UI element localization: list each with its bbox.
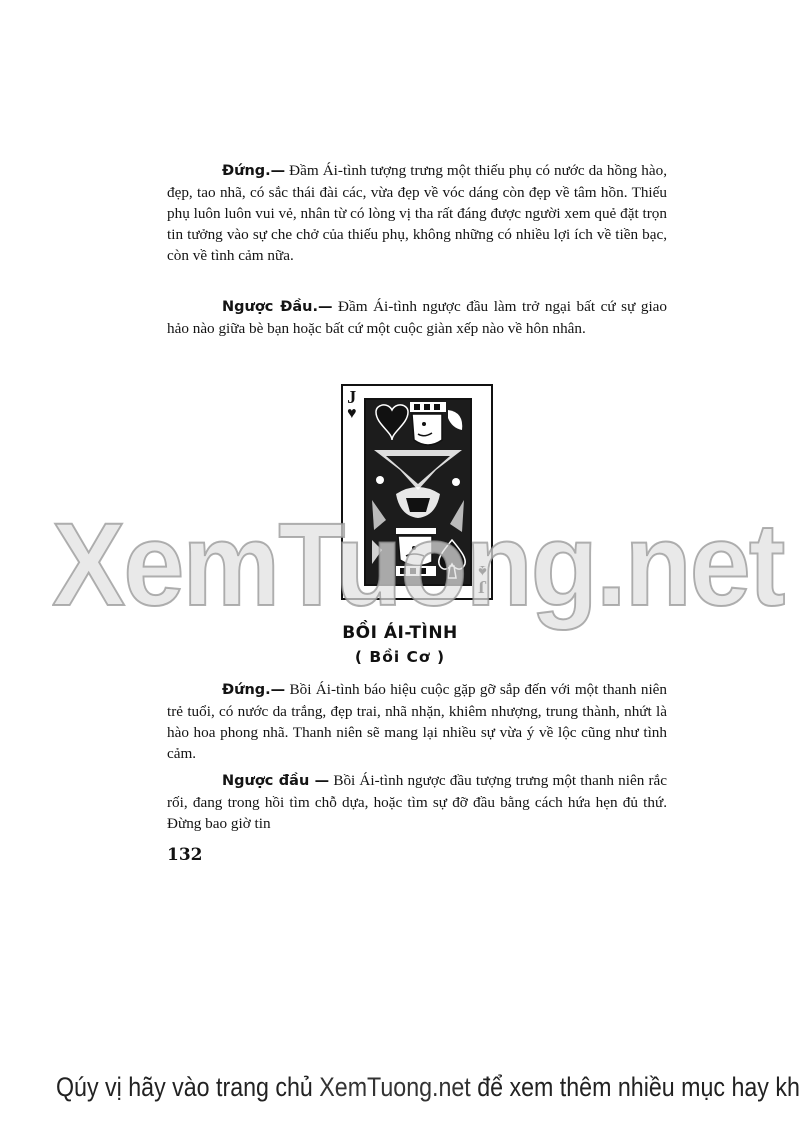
card-rank: J	[478, 577, 487, 597]
section-lead: Đứng.—	[222, 163, 285, 179]
jack-figure-icon	[366, 400, 470, 584]
section-lead: Đứng.—	[222, 682, 285, 698]
upright-meaning-jack: Đứng.— Bồi Ái-tình báo hiệu cuộc gặp gỡ …	[167, 679, 667, 764]
paragraph: Ngược Đầu.— Đầm Ái-tình ngược đầu làm tr…	[167, 296, 667, 339]
book-page: Đứng.— Đầm Ái-tình tượng trưng một thiếu…	[0, 0, 800, 1132]
upright-meaning-queen: Đứng.— Đầm Ái-tình tượng trưng một thiếu…	[167, 160, 667, 266]
card-index-top: J ♥	[347, 388, 357, 422]
card-index-bottom: J ♠	[478, 562, 487, 596]
section-lead: Ngược Đầu.—	[222, 299, 332, 315]
card-illustration	[364, 398, 472, 586]
footer-text-before: Qúy vị hãy vào trang chủ	[56, 1072, 319, 1102]
section-lead: Ngược đầu —	[222, 773, 329, 789]
page-number: 132	[167, 845, 203, 865]
reversed-meaning-queen: Ngược Đầu.— Đầm Ái-tình ngược đầu làm tr…	[167, 296, 667, 339]
footer-banner: Qúy vị hãy vào trang chủ XemTuong.net để…	[56, 1067, 744, 1107]
reversed-meaning-jack: Ngược đầu — Bồi Ái-tình ngược đầu tượng …	[167, 770, 667, 834]
card-title: BỒI ÁI-TÌNH	[0, 623, 800, 643]
paragraph: Ngược đầu — Bồi Ái-tình ngược đầu tượng …	[167, 770, 667, 834]
card-subtitle: ( Bồi Cơ )	[0, 648, 800, 666]
paragraph: Đứng.— Đầm Ái-tình tượng trưng một thiếu…	[167, 160, 667, 266]
paragraph: Đứng.— Bồi Ái-tình báo hiệu cuộc gặp gỡ …	[167, 679, 667, 764]
card-rank: J	[347, 387, 356, 407]
playing-card-jack-of-hearts: J ♥	[341, 384, 493, 600]
heart-icon: ♥	[347, 406, 357, 422]
footer-text-after: để xem thêm nhiều mục hay khác	[471, 1072, 800, 1102]
spade-icon: ♠	[478, 562, 487, 578]
footer-site-link[interactable]: XemTuong.net	[319, 1072, 470, 1102]
